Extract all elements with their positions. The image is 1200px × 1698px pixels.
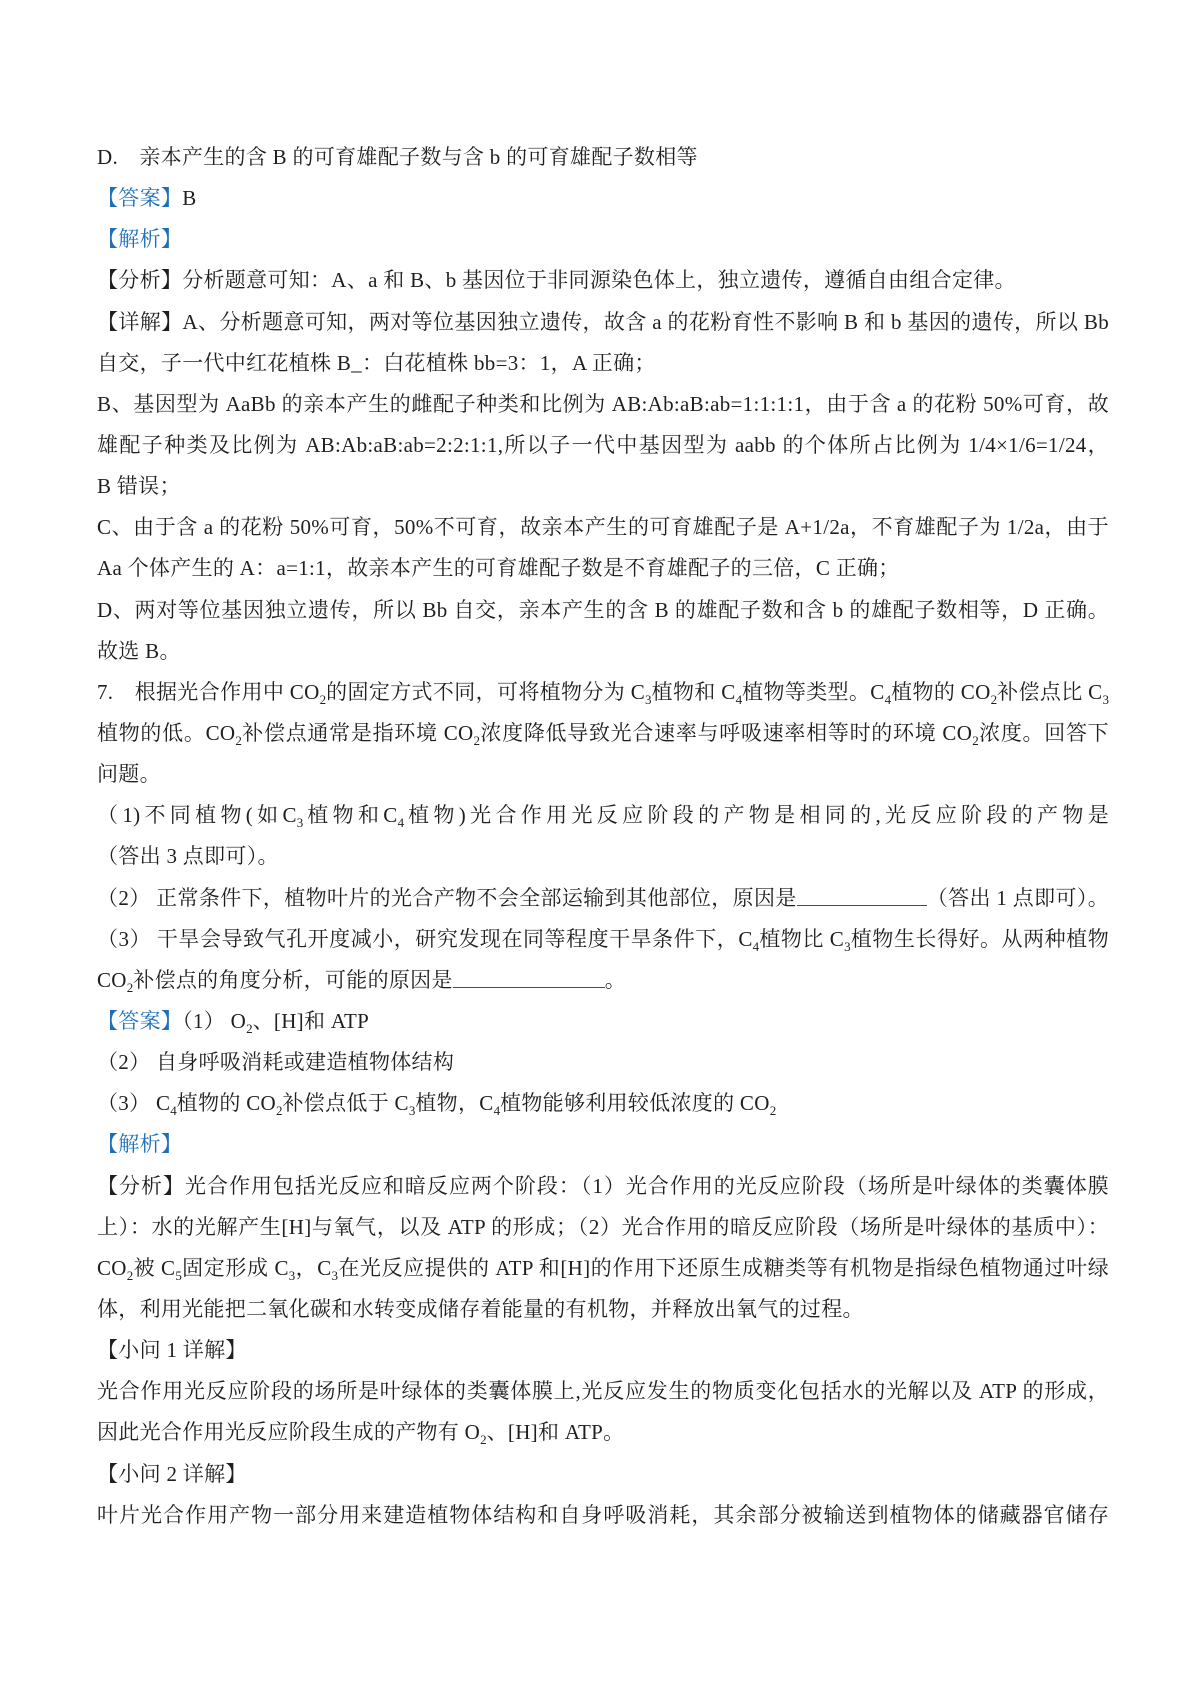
text-run: 植物的 CO — [891, 680, 991, 704]
text-line: CO2补偿点的角度分析，可能的原因是。 — [97, 960, 1109, 1001]
section-marker: 【解析】 — [97, 227, 182, 251]
text-run: 补偿点通常是指环境 CO — [242, 721, 474, 745]
text-run: B、基因型为 AaBb 的亲本产生的雌配子种类和比例为 AB:Ab:aB:ab=… — [97, 392, 1109, 416]
text-line: （2） 正常条件下，植物叶片的光合产物不会全部运输到其他部位，原因是（答出 1 … — [97, 878, 1109, 919]
text-run: （2） 自身呼吸消耗或建造植物体结构 — [97, 1050, 454, 1074]
text-line: C、由于含 a 的花粉 50%可育，50%不可育，故亲本产生的可育雄配子是 A+… — [97, 507, 1109, 548]
text-run: 问题。 — [97, 762, 161, 786]
text-run: 植物)光合作用光反应阶段的产物是相同的,光反应阶段的产物是 — [404, 803, 1109, 827]
text-run: （1)不同植物(如C — [97, 803, 297, 827]
text-run: 浓度降低导致光合速率与呼吸速率相等时的环境 CO — [480, 721, 972, 745]
text-run: 补偿点的角度分析，可能的原因是 — [133, 968, 453, 992]
text-run: 植物的低。CO — [97, 721, 235, 745]
section-marker: 【解析】 — [97, 1132, 182, 1156]
text-line: （3） 干旱会导致气孔开度减小，研究发现在同等程度干旱条件下，C4植物比 C3植… — [97, 919, 1109, 960]
text-line: 光合作用光反应阶段的场所是叶绿体的类囊体膜上,光反应发生的物质变化包括水的光解以… — [97, 1371, 1109, 1412]
text-line: 雄配子种类及比例为 AB:Ab:aB:ab=2:2:1:1,所以子一代中基因型为… — [97, 425, 1109, 466]
text-run: 植物的 CO — [177, 1091, 276, 1115]
text-run: D、两对等位基因独立遗传，所以 Bb 自交，亲本产生的含 B 的雄配子数和含 b… — [97, 598, 1109, 622]
text-run: 体，利用光能把二氧化碳和水转变成储存着能量的有机物，并释放出氧气的过程。 — [97, 1297, 864, 1321]
text-line: 叶片光合作用产物一部分用来建造植物体结构和自身呼吸消耗，其余部分被输送到植物体的… — [97, 1495, 1109, 1536]
text-run: （1） O — [182, 1009, 246, 1033]
text-line: 【解析】 — [97, 219, 1109, 260]
subscript: 2 — [770, 1103, 777, 1118]
text-run: 在光反应提供的 ATP 和[H]的作用下还原生成糖类等有机物是指绿色植物通过叶绿 — [338, 1256, 1109, 1280]
text-run: 、[H]和 ATP。 — [487, 1420, 625, 1444]
text-line: D. 亲本产生的含 B 的可育雄配子数与含 b 的可育雄配子数相等 — [97, 137, 1109, 178]
text-line: 植物的低。CO2补偿点通常是指环境 CO2浓度降低导致光合速率与呼吸速率相等时的… — [97, 713, 1109, 754]
text-line: 【解析】 — [97, 1124, 1109, 1165]
section-marker: 【答案】 — [97, 186, 182, 210]
text-run: 植物和 C — [652, 680, 736, 704]
text-run: 光合作用光反应阶段的场所是叶绿体的类囊体膜上,光反应发生的物质变化包括水的光解以… — [97, 1379, 1109, 1403]
text-run: 植物生长得好。从两种植物 — [851, 927, 1109, 951]
text-run: 植物和C — [303, 803, 397, 827]
text-line: （2） 自身呼吸消耗或建造植物体结构 — [97, 1042, 1109, 1083]
text-line: 7. 根据光合作用中 CO2的固定方式不同，可将植物分为 C3植物和 C4植物等… — [97, 672, 1109, 713]
text-line: D、两对等位基因独立遗传，所以 Bb 自交，亲本产生的含 B 的雄配子数和含 b… — [97, 590, 1109, 631]
section-marker: 【答案】 — [97, 1009, 182, 1033]
text-run: 7. 根据光合作用中 CO — [97, 680, 320, 704]
text-run: 补偿点低于 C — [283, 1091, 409, 1115]
text-run: 植物等类型。C — [742, 680, 885, 704]
text-run: 补偿点比 C — [997, 680, 1102, 704]
text-line: 【答案】（1） O2、[H]和 ATP — [97, 1001, 1109, 1042]
text-line: 【小问 2 详解】 — [97, 1454, 1109, 1495]
text-run: 植物，C — [415, 1091, 493, 1115]
text-line: 【分析】分析题意可知：A、a 和 B、b 基因位于非同源染色体上，独立遗传，遵循… — [97, 260, 1109, 301]
text-run: 、[H]和 ATP — [253, 1009, 369, 1033]
exam-answer-document: D. 亲本产生的含 B 的可育雄配子数与含 b 的可育雄配子数相等【答案】B【解… — [97, 137, 1109, 1536]
text-run: D. 亲本产生的含 B 的可育雄配子数与含 b 的可育雄配子数相等 — [97, 145, 698, 169]
text-run: 植物能够利用较低浓度的 CO — [500, 1091, 770, 1115]
text-run: CO — [97, 1256, 127, 1280]
text-run: B 错误； — [97, 474, 181, 498]
text-line: 【小问 1 详解】 — [97, 1330, 1109, 1371]
text-run: 叶片光合作用产物一部分用来建造植物体结构和自身呼吸消耗，其余部分被输送到植物体的… — [97, 1503, 1109, 1527]
text-line: （3） C4植物的 CO2补偿点低于 C3植物，C4植物能够利用较低浓度的 CO… — [97, 1083, 1109, 1124]
text-line: Aa 个体产生的 A：a=1:1，故亲本产生的可育雄配子数是不育雄配子的三倍，C… — [97, 548, 1109, 589]
text-run: CO — [97, 968, 127, 992]
text-run: 雄配子种类及比例为 AB:Ab:aB:ab=2:2:1:1,所以子一代中基因型为… — [97, 433, 1109, 457]
text-run: 【分析】光合作用包括光反应和暗反应两个阶段：（1）光合作用的光反应阶段（场所是叶… — [97, 1174, 1109, 1198]
text-run: 的固定方式不同，可将植物分为 C — [326, 680, 645, 704]
text-line: CO2被 C5固定形成 C3，C3在光反应提供的 ATP 和[H]的作用下还原生… — [97, 1248, 1109, 1289]
document-page: D. 亲本产生的含 B 的可育雄配子数与含 b 的可育雄配子数相等【答案】B【解… — [0, 0, 1200, 1698]
text-run: （2） 正常条件下，植物叶片的光合产物不会全部运输到其他部位，原因是 — [97, 886, 797, 910]
text-run: 【分析】分析题意可知：A、a 和 B、b 基因位于非同源染色体上，独立遗传，遵循… — [97, 268, 1016, 292]
text-line: 体，利用光能把二氧化碳和水转变成储存着能量的有机物，并释放出氧气的过程。 — [97, 1289, 1109, 1330]
text-run: （答出 1 点即可）。 — [927, 886, 1109, 910]
text-run: 【小问 2 详解】 — [97, 1462, 247, 1486]
text-line: B、基因型为 AaBb 的亲本产生的雌配子种类和比例为 AB:Ab:aB:ab=… — [97, 384, 1109, 425]
text-line: （1)不同植物(如C3植物和C4植物)光合作用光反应阶段的产物是相同的,光反应阶… — [97, 795, 1109, 836]
text-run: 自交，子一代中红花植株 B_：白花植株 bb=3：1，A 正确； — [97, 351, 656, 375]
text-line: 自交，子一代中红花植株 B_：白花植株 bb=3：1，A 正确； — [97, 343, 1109, 384]
text-run: Aa 个体产生的 A：a=1:1，故亲本产生的可育雄配子数是不育雄配子的三倍，C… — [97, 556, 900, 580]
text-run: 。 — [605, 968, 626, 992]
text-run: 植物比 C — [759, 927, 844, 951]
text-line: 【分析】光合作用包括光反应和暗反应两个阶段：（1）光合作用的光反应阶段（场所是叶… — [97, 1166, 1109, 1207]
text-line: 【详解】A、分析题意可知，两对等位基因独立遗传，故含 a 的花粉育性不影响 B … — [97, 302, 1109, 343]
text-line: B 错误； — [97, 466, 1109, 507]
text-line: 因此光合作用光反应阶段生成的产物有 O2、[H]和 ATP。 — [97, 1412, 1109, 1453]
fill-in-blank — [797, 902, 927, 906]
fill-in-blank — [453, 984, 605, 988]
text-run: 因此光合作用光反应阶段生成的产物有 O — [97, 1420, 480, 1444]
text-run: C、由于含 a 的花粉 50%可育，50%不可育，故亲本产生的可育雄配子是 A+… — [97, 515, 1109, 539]
text-run: 固定形成 C — [182, 1256, 289, 1280]
text-line: 故选 B。 — [97, 631, 1109, 672]
text-line: 上）：水的光解产生[H]与氧气，以及 ATP 的形成；（2）光合作用的暗反应阶段… — [97, 1207, 1109, 1248]
text-line: 【答案】B — [97, 178, 1109, 219]
text-run: 【小问 1 详解】 — [97, 1338, 247, 1362]
text-line: 问题。 — [97, 754, 1109, 795]
text-run: （3） 干旱会导致气孔开度减小，研究发现在同等程度干旱条件下，C — [97, 927, 753, 951]
text-run: B — [182, 186, 196, 210]
text-run: （3） C — [97, 1091, 170, 1115]
text-run: 故选 B。 — [97, 639, 181, 663]
text-run: ，C — [295, 1256, 331, 1280]
text-run: 上）：水的光解产生[H]与氧气，以及 ATP 的形成；（2）光合作用的暗反应阶段… — [97, 1215, 1109, 1239]
text-run: 被 C — [133, 1256, 175, 1280]
text-run: 【详解】A、分析题意可知，两对等位基因独立遗传，故含 a 的花粉育性不影响 B … — [97, 310, 1109, 334]
text-run: （答出 3 点即可）。 — [97, 844, 279, 868]
text-line: （答出 3 点即可）。 — [97, 836, 1109, 877]
subscript: 3 — [1103, 692, 1110, 707]
